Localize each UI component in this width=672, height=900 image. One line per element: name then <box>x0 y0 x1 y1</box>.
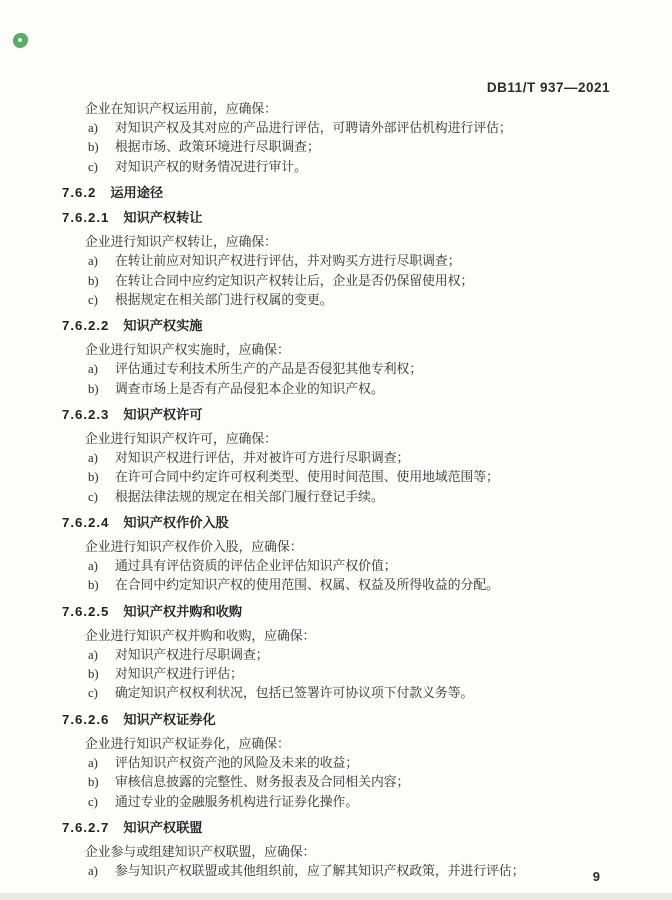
section-heading: 7.6.2.4知识产权作价入股 <box>62 513 672 532</box>
section-title: 知识产权实施 <box>123 318 202 333</box>
item-label: a) <box>88 360 115 379</box>
item-text: 对知识产权的财务情况进行审计。 <box>115 158 632 177</box>
item-text: 在转让合同中应约定知识产权转让后，企业是否仍保留使用权； <box>115 272 632 291</box>
list-item: c) 确定知识产权权利状况，包括已签署许可协议项下付款义务等。 <box>88 684 632 703</box>
list-item: a) 评估通过专利技术所生产的产品是否侵犯其他专利权； <box>88 360 632 379</box>
item-text: 通过专业的金融服务机构进行证券化操作。 <box>115 793 632 812</box>
section-heading: 7.6.2.7知识产权联盟 <box>62 818 672 837</box>
list-item: a) 对知识产权进行评估，并对被许可方进行尽职调查； <box>88 449 632 468</box>
item-text: 参与知识产权联盟或其他组织前，应了解其知识产权政策，并进行评估； <box>115 862 632 881</box>
item-text: 对知识产权进行评估，并对被许可方进行尽职调查； <box>115 449 632 468</box>
section-heading: 7.6.2.5知识产权并购和收购 <box>62 602 672 621</box>
section-lead: 企业进行知识产权证券化，应确保： <box>85 735 632 754</box>
section-number: 7.6.2.4 <box>62 515 109 530</box>
item-text: 根据市场、政策环境进行尽职调查； <box>115 138 632 157</box>
list-item: c) 根据法律法规的规定在相关部门履行登记手续。 <box>88 488 632 507</box>
document-code: DB11/T 937—2021 <box>487 80 610 95</box>
list-item: b) 在合同中约定知识产权的使用范围、权属、权益及所得收益的分配。 <box>88 576 632 595</box>
list-item: b) 审核信息披露的完整性、财务报表及合同相关内容； <box>88 773 632 792</box>
list-item: a) 在转让前应对知识产权进行评估，并对购买方进行尽职调查； <box>88 252 632 271</box>
list-item: b) 调查市场上是否有产品侵犯本企业的知识产权。 <box>88 380 632 399</box>
item-label: c) <box>88 684 115 703</box>
item-label: b) <box>88 665 115 684</box>
section-number: 7.6.2.7 <box>62 820 109 835</box>
scanned-document-page: DB11/T 937—2021 企业在知识产权运用前，应确保： a) 对知识产权… <box>0 0 672 900</box>
item-text: 在合同中约定知识产权的使用范围、权属、权益及所得收益的分配。 <box>115 576 632 595</box>
item-label: a) <box>88 557 115 576</box>
section-lead: 企业进行知识产权实施时，应确保： <box>85 341 632 360</box>
list-item: b) 根据市场、政策环境进行尽职调查； <box>88 138 632 157</box>
item-label: a) <box>88 252 115 271</box>
item-label: a) <box>88 862 115 881</box>
section-number: 7.6.2.1 <box>62 210 109 225</box>
list-item: b) 对知识产权进行评估； <box>88 665 632 684</box>
item-label: a) <box>88 646 115 665</box>
section-lead: 企业参与或组建知识产权联盟，应确保： <box>85 843 632 862</box>
item-text: 调查市场上是否有产品侵犯本企业的知识产权。 <box>115 380 632 399</box>
item-text: 通过具有评估资质的评估企业评估知识产权价值； <box>115 557 632 576</box>
list-item: c) 对知识产权的财务情况进行审计。 <box>88 158 632 177</box>
item-label: c) <box>88 793 115 812</box>
section-number: 7.6.2.5 <box>62 604 109 619</box>
section-number: 7.6.2.3 <box>62 407 109 422</box>
item-text: 评估知识产权资产池的风险及未来的收益； <box>115 754 632 773</box>
section-number: 7.6.2.2 <box>62 318 109 333</box>
intro-lead: 企业在知识产权运用前，应确保： <box>85 100 632 119</box>
item-label: a) <box>88 119 115 138</box>
list-item: b) 在转让合同中应约定知识产权转让后，企业是否仍保留使用权； <box>88 272 632 291</box>
list-item: a) 对知识产权及其对应的产品进行评估，可聘请外部评估机构进行评估； <box>88 119 632 138</box>
section-number: 7.6.2.6 <box>62 712 109 727</box>
item-text: 确定知识产权权利状况，包括已签署许可协议项下付款义务等。 <box>115 684 632 703</box>
section-lead: 企业进行知识产权并购和收购，应确保： <box>85 627 632 646</box>
item-label: c) <box>88 158 115 177</box>
section-title: 知识产权转让 <box>123 210 202 225</box>
item-text: 对知识产权进行尽职调查； <box>115 646 632 665</box>
item-label: c) <box>88 291 115 310</box>
list-item: c) 根据规定在相关部门进行权属的变更。 <box>88 291 632 310</box>
page-edge-strip <box>0 893 672 900</box>
list-item: a) 通过具有评估资质的评估企业评估知识产权价值； <box>88 557 632 576</box>
list-item: a) 参与知识产权联盟或其他组织前，应了解其知识产权政策，并进行评估； <box>88 862 632 881</box>
list-item: a) 对知识产权进行尽职调查； <box>88 646 632 665</box>
section-heading: 7.6.2.3知识产权许可 <box>62 405 672 424</box>
list-item: a) 评估知识产权资产池的风险及未来的收益； <box>88 754 632 773</box>
item-label: b) <box>88 773 115 792</box>
item-text: 对知识产权及其对应的产品进行评估，可聘请外部评估机构进行评估； <box>115 119 632 138</box>
section-title: 知识产权并购和收购 <box>123 604 242 619</box>
section-heading: 7.6.2.1知识产权转让 <box>62 208 672 227</box>
item-label: b) <box>88 138 115 157</box>
section-title: 知识产权作价入股 <box>123 515 229 530</box>
section-title: 知识产权联盟 <box>123 820 202 835</box>
item-label: c) <box>88 488 115 507</box>
chapter-heading: 7.6.2运用途径 <box>62 183 672 202</box>
item-text: 根据法律法规的规定在相关部门履行登记手续。 <box>115 488 632 507</box>
item-label: a) <box>88 449 115 468</box>
item-text: 根据规定在相关部门进行权属的变更。 <box>115 291 632 310</box>
document-content: 企业在知识产权运用前，应确保： a) 对知识产权及其对应的产品进行评估，可聘请外… <box>0 100 672 881</box>
item-label: b) <box>88 468 115 487</box>
item-label: a) <box>88 754 115 773</box>
chapter-number: 7.6.2 <box>62 185 96 200</box>
item-text: 在转让前应对知识产权进行评估，并对购买方进行尽职调查； <box>115 252 632 271</box>
section-title: 知识产权许可 <box>123 407 202 422</box>
chapter-title: 运用途径 <box>110 185 163 200</box>
item-label: b) <box>88 576 115 595</box>
section-lead: 企业进行知识产权许可，应确保： <box>85 430 632 449</box>
item-text: 审核信息披露的完整性、财务报表及合同相关内容； <box>115 773 632 792</box>
section-lead: 企业进行知识产权转让，应确保： <box>85 233 632 252</box>
item-text: 在许可合同中约定许可权利类型、使用时间范围、使用地域范围等； <box>115 468 632 487</box>
green-seal-icon <box>13 33 28 48</box>
item-text: 对知识产权进行评估； <box>115 665 632 684</box>
section-heading: 7.6.2.2知识产权实施 <box>62 316 672 335</box>
item-label: b) <box>88 272 115 291</box>
section-heading: 7.6.2.6知识产权证券化 <box>62 710 672 729</box>
section-lead: 企业进行知识产权作价入股，应确保： <box>85 538 632 557</box>
item-text: 评估通过专利技术所生产的产品是否侵犯其他专利权； <box>115 360 632 379</box>
list-item: c) 通过专业的金融服务机构进行证券化操作。 <box>88 793 632 812</box>
section-title: 知识产权证券化 <box>123 712 215 727</box>
item-label: b) <box>88 380 115 399</box>
list-item: b) 在许可合同中约定许可权利类型、使用时间范围、使用地域范围等； <box>88 468 632 487</box>
page-number: 9 <box>593 869 600 884</box>
